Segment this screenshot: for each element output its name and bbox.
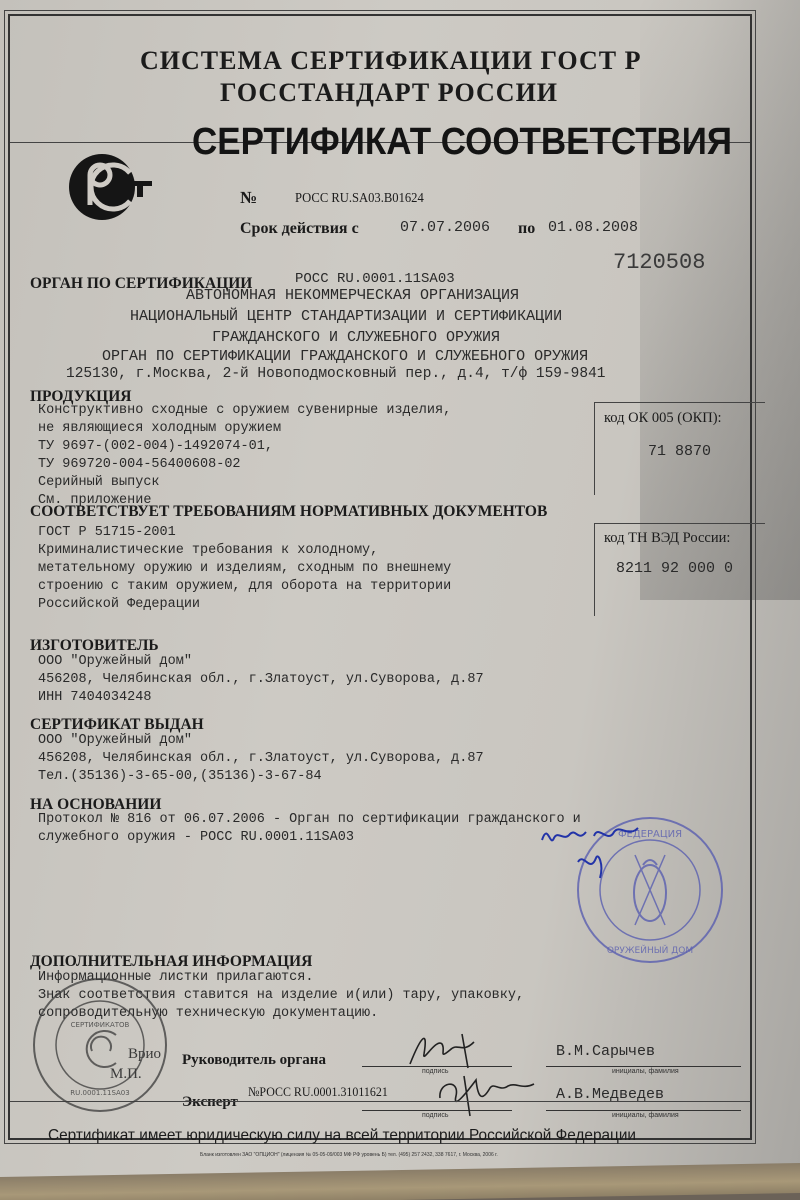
product-line: Серийный выпуск: [38, 474, 451, 492]
head-name-line: [546, 1066, 741, 1067]
valid-to-date: 01.08.2008: [548, 219, 638, 236]
tnved-code-value: 8211 92 000 0: [616, 560, 733, 577]
expert-number: №РОСС RU.0001.31011621: [248, 1084, 388, 1100]
manufacturer-line: ООО "Оружейный дом": [38, 653, 484, 671]
certificate-title: СЕРТИФИКАТ СООТВЕТСТВИЯ: [192, 121, 732, 164]
basis-details: Протокол № 816 от 06.07.2006 - Орган по …: [38, 811, 581, 847]
number-label: №: [240, 188, 257, 208]
product-line: ТУ 9697-(002-004)-1492074-01,: [38, 438, 451, 456]
issued-to-line: Тел.(35136)-3-65-00,(35136)-3-67-84: [38, 768, 484, 786]
products-description: Конструктивно сходные с оружием сувенирн…: [38, 402, 451, 510]
certificate-number: РОСС RU.SA03.B01624: [295, 191, 424, 207]
certificate-frame: СИСТЕМА СЕРТИФИКАЦИИ ГОСТ Р ГОССТАНДАРТ …: [8, 14, 752, 1140]
basis-line: служебного оружия - РОСС RU.0001.11SA03: [38, 829, 581, 847]
legal-force-statement: Сертификат имеет юридическую силу на все…: [48, 1127, 636, 1145]
head-role-label: Руководитель органа: [182, 1052, 326, 1069]
certification-body-line: НАЦИОНАЛЬНЫЙ ЦЕНТР СТАНДАРТИЗАЦИИ И СЕРТ…: [130, 308, 562, 325]
manufacturer-details: ООО "Оружейный дом" 456208, Челябинская …: [38, 653, 484, 707]
manufacturer-line: 456208, Челябинская обл., г.Златоуст, ул…: [38, 671, 484, 689]
svg-text:СЕРТИФИКАТОВ: СЕРТИФИКАТОВ: [71, 1021, 130, 1029]
valid-to-label: по: [518, 220, 535, 238]
certification-body-address: 125130, г.Москва, 2-й Новоподмосковный п…: [66, 366, 606, 382]
certified-copy-handwriting-icon: [538, 818, 648, 888]
validity-label: Срок действия с: [240, 220, 359, 238]
product-line: Конструктивно сходные с оружием сувенирн…: [38, 402, 451, 420]
blank-maker-note: Бланк изготовлен ЗАО "ОПЦИОН" (лицензия …: [200, 1152, 498, 1158]
okp-code-label: код ОК 005 (ОКП):: [604, 410, 722, 427]
okp-code-value: 71 8870: [648, 443, 711, 460]
rst-mark-icon: [68, 153, 160, 221]
svg-text:RU.0001.11SA03: RU.0001.11SA03: [70, 1089, 129, 1097]
basis-line: Протокол № 816 от 06.07.2006 - Орган по …: [38, 811, 581, 829]
issued-to-line: ООО "Оружейный дом": [38, 732, 484, 750]
certification-body-line: ОРГАН ПО СЕРТИФИКАЦИИ ГРАЖДАНСКОГО И СЛУ…: [102, 348, 588, 365]
tnved-code-label: код ТН ВЭД России:: [604, 530, 730, 547]
head-signature-icon: [402, 1024, 492, 1074]
issued-to-line: 456208, Челябинская обл., г.Златоуст, ул…: [38, 750, 484, 768]
valid-from-date: 07.07.2006: [400, 219, 490, 236]
name-caption: инициалы, фамилия: [612, 1068, 679, 1075]
certification-body-line: ГРАЖДАНСКОГО И СЛУЖЕБНОГО ОРУЖИЯ: [212, 329, 500, 346]
conformity-heading: СООТВЕТСТВУЕТ ТРЕБОВАНИЯМ НОРМАТИВНЫХ ДО…: [30, 503, 547, 521]
standard-line: метательному оружию и изделиям, сходным …: [38, 560, 451, 578]
conformity-documents: ГОСТ Р 51715-2001 Криминалистические тре…: [38, 524, 451, 614]
blank-number: 7120508: [613, 250, 705, 275]
svg-text:ОРУЖЕЙНЫЙ ДОМ: ОРУЖЕЙНЫЙ ДОМ: [607, 944, 693, 956]
expert-role-label: Эксперт: [182, 1094, 238, 1111]
certification-body-line: АВТОНОМНАЯ НЕКОММЕРЧЕСКАЯ ОРГАНИЗАЦИЯ: [186, 287, 519, 304]
name-caption: инициалы, фамилия: [612, 1112, 679, 1119]
system-title: СИСТЕМА СЕРТИФИКАЦИИ ГОСТ Р: [140, 46, 641, 76]
issued-to-details: ООО "Оружейный дом" 456208, Челябинская …: [38, 732, 484, 786]
system-subtitle: ГОССТАНДАРТ РОССИИ: [220, 78, 558, 108]
expert-signature-icon: [430, 1068, 540, 1118]
certification-body-code: РОСС RU.0001.11SA03: [295, 271, 455, 287]
standard-line: строению с таким оружием, для оборота на…: [38, 578, 451, 596]
expert-name-line: [546, 1110, 741, 1111]
product-line: ТУ 969720-004-56400608-02: [38, 456, 451, 474]
certification-body-seal-icon: СЕРТИФИКАТОВ RU.0001.11SA03: [30, 975, 170, 1115]
product-line: не являющиеся холодным оружием: [38, 420, 451, 438]
standard-line: ГОСТ Р 51715-2001: [38, 524, 451, 542]
standard-line: Российской Федерации: [38, 596, 451, 614]
manufacturer-line: ИНН 7404034248: [38, 689, 484, 707]
standard-line: Криминалистические требования к холодном…: [38, 542, 451, 560]
head-name: В.М.Сарычев: [556, 1043, 655, 1060]
